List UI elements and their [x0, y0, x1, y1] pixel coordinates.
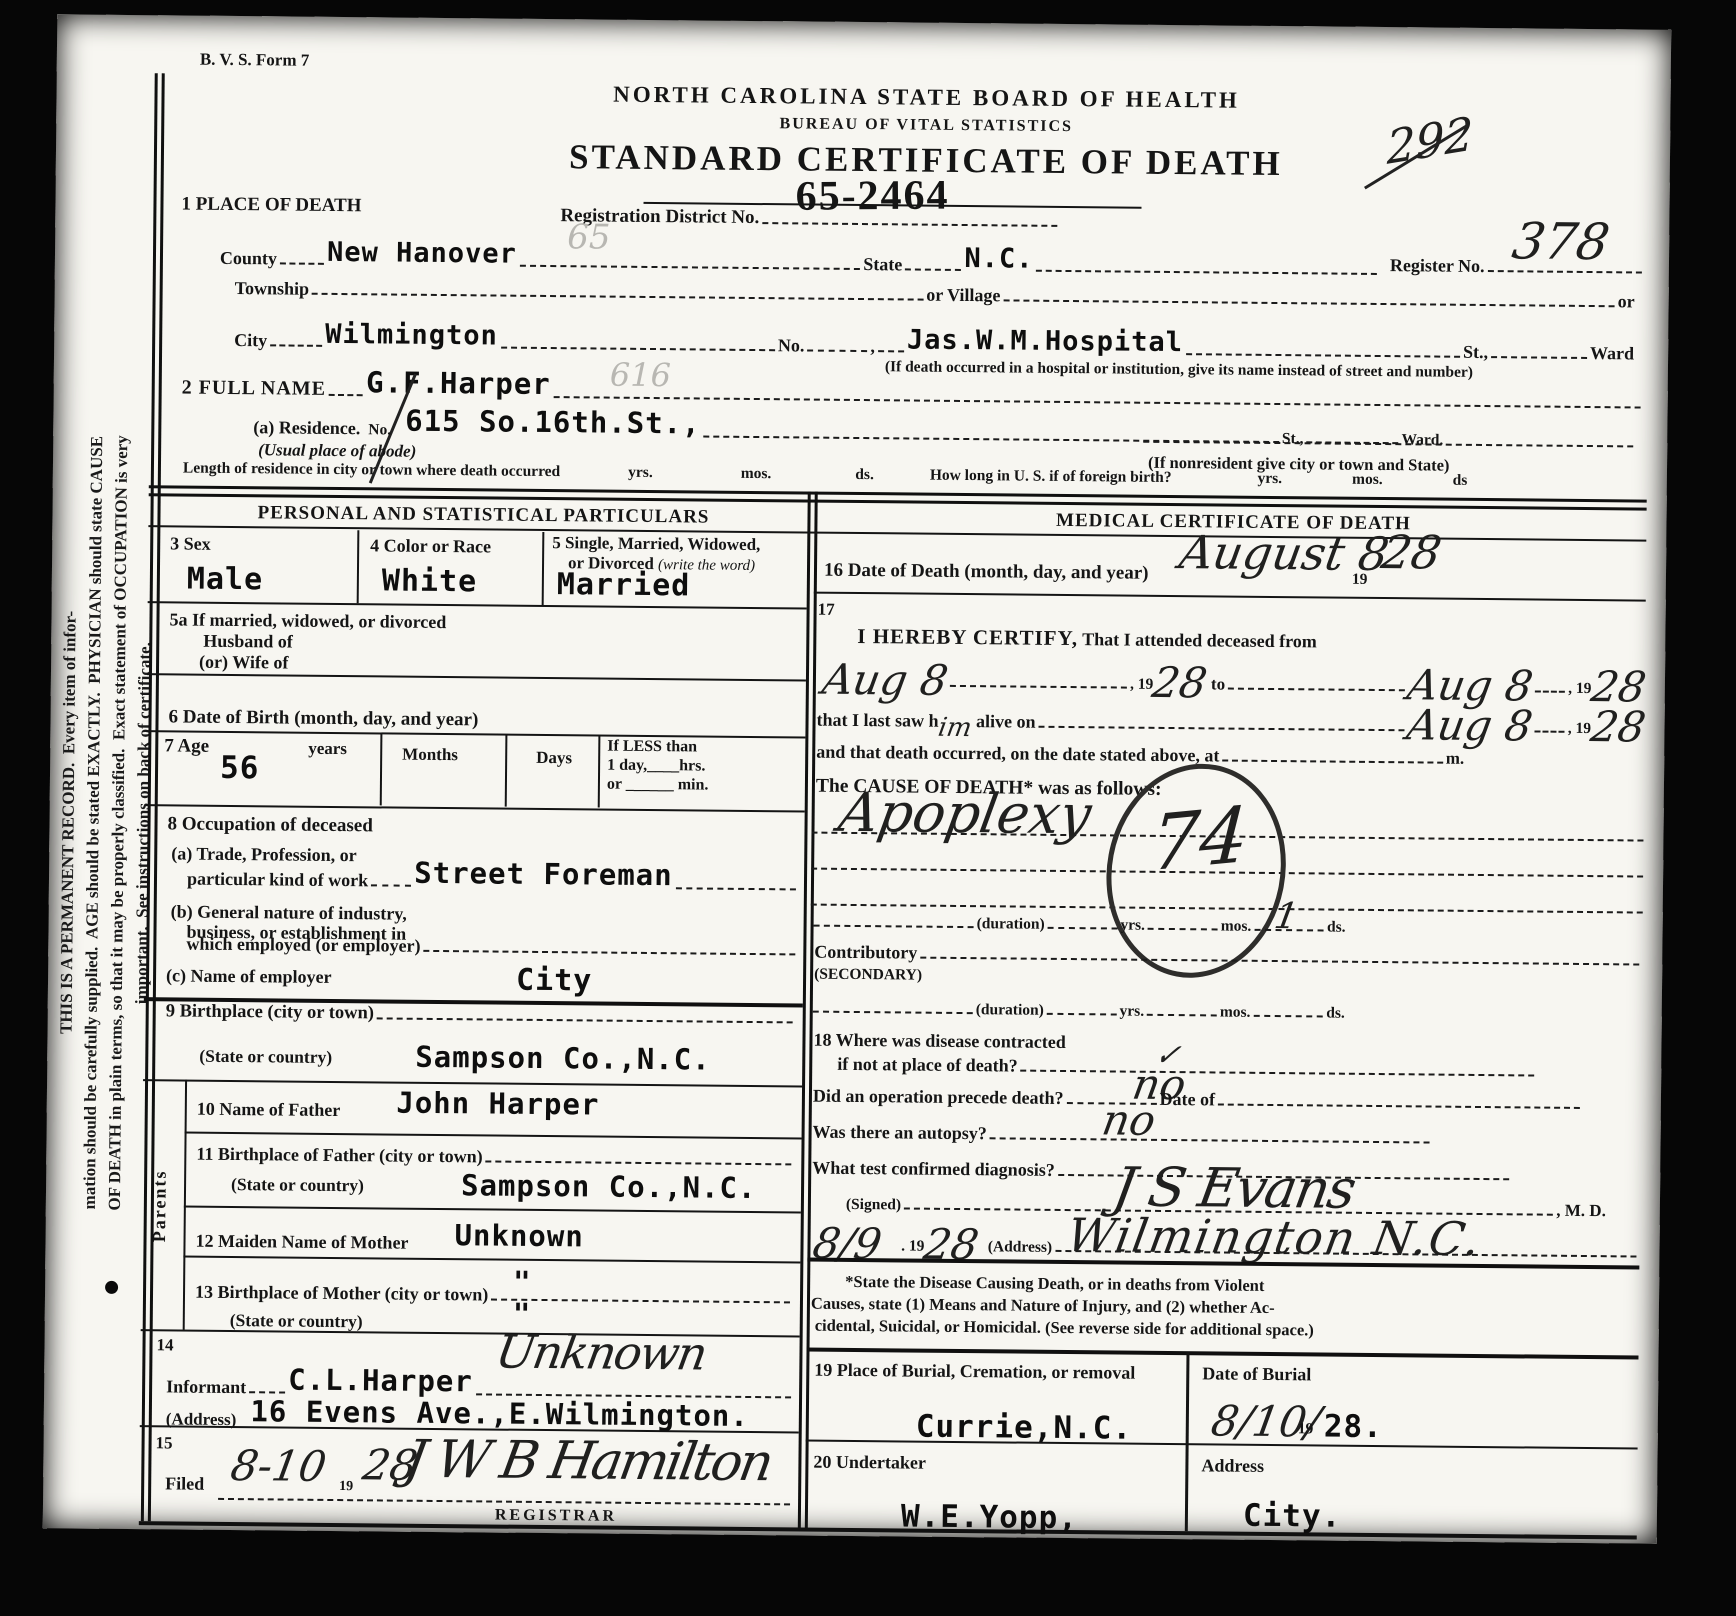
- informant-section-number: 14: [156, 1335, 173, 1355]
- duration-label: (duration): [977, 915, 1045, 934]
- comma-19: , 19: [1568, 720, 1591, 738]
- mother-bp-label: 13 Birthplace of Mother (city or town): [195, 1282, 488, 1306]
- street-no-label: No.: [778, 335, 805, 356]
- sign-year-value: 28: [921, 1227, 980, 1263]
- father-birthplace-row: 11 Birthplace of Father (city or town): [196, 1144, 794, 1171]
- yrs-label: yrs.: [628, 464, 653, 482]
- mother-bp-state-label: (State or country): [230, 1310, 363, 1332]
- residence-no-label: No.: [368, 421, 391, 439]
- dashed-line: [1535, 728, 1565, 732]
- dashed-line: [501, 345, 775, 352]
- year-printed: 19: [1352, 571, 1368, 589]
- father-label: 10 Name of Father: [197, 1099, 341, 1121]
- autopsy-label: Was there an autopsy?: [813, 1122, 987, 1145]
- less-than-label-2: 1 day,____hrs.: [607, 757, 705, 776]
- dashed-line: [807, 348, 867, 353]
- dashed-line: [905, 266, 961, 271]
- age-label: 7 Age: [164, 735, 209, 757]
- dashed-line: [1036, 268, 1377, 275]
- yrs-label: yrs.: [1120, 1003, 1145, 1021]
- dashed-line: [218, 1498, 790, 1505]
- mos-label: mos.: [1220, 1003, 1251, 1021]
- date-of-death-label: 16 Date of Death (month, day, and year): [824, 560, 1149, 585]
- cause-code-value: 74: [1150, 802, 1250, 876]
- dashed-line: [520, 263, 861, 270]
- dashed-line: [762, 220, 1057, 227]
- dashed-line: [1003, 297, 1614, 307]
- signed-label: (Signed): [846, 1196, 901, 1215]
- sign-date-value: 8/9: [811, 1226, 885, 1262]
- hospital-value: Jas.W.M.Hospital: [907, 324, 1183, 358]
- marital-label: 5 Single, Married, Widowed,: [552, 533, 760, 555]
- rule: [146, 804, 805, 812]
- page-number-stamp: 292: [1387, 114, 1474, 168]
- race-label: 4 Color or Race: [370, 535, 491, 557]
- disease-contracted-label-1: 18 Where was disease contracted: [813, 1030, 1066, 1053]
- dashed-line: [990, 1135, 1430, 1143]
- m-label: m.: [1446, 749, 1465, 769]
- ward-label: Ward: [1590, 343, 1634, 364]
- dashed-line: [1048, 925, 1118, 930]
- birthplace-label: 9 Birthplace (city or town): [166, 1001, 374, 1024]
- dashed-line: [1218, 1101, 1580, 1108]
- dashed-line: [1222, 758, 1442, 764]
- occ-b-row: which employed (or employer): [186, 934, 798, 961]
- length-left-label: Length of residence in city or town wher…: [183, 460, 560, 482]
- org-name: NORTH CAROLINA STATE BOARD OF HEALTH: [446, 80, 1406, 115]
- footnote-line-1: *State the Disease Causing Death, or in …: [845, 1272, 1264, 1296]
- burial-cell-divider: [1185, 1352, 1190, 1531]
- marital-value: Married: [557, 567, 691, 603]
- township-row: Township or Village or: [235, 278, 1635, 312]
- footnote-line-3: cidental, Suicidal, or Homicidal. (See r…: [815, 1316, 1314, 1341]
- occupation-label: 8 Occupation of deceased: [167, 813, 372, 837]
- ds-label: ds.: [1326, 1005, 1345, 1023]
- cell-divider: [505, 735, 508, 807]
- informant-value: C.L.Harper: [288, 1363, 473, 1399]
- last-saw-label-1: that I last saw h: [816, 709, 938, 731]
- rule: [146, 730, 805, 738]
- duration-row-1: (duration) yrs. mos. ds.: [811, 914, 1346, 937]
- certificate-paper: THIS IS A PERMANENT RECORD. Every item o…: [43, 14, 1671, 1543]
- comma-19: , 19: [1130, 675, 1153, 693]
- registrar-label: REGISTRAR: [495, 1507, 617, 1526]
- dashed-line: [1186, 351, 1460, 358]
- dashed-line: [1148, 926, 1218, 931]
- form-number: B. V. S. Form 7: [200, 50, 310, 71]
- register-no-row: Register No.: [1390, 255, 1645, 278]
- dashed-line: [280, 260, 324, 264]
- sex-label: 3 Sex: [170, 533, 211, 554]
- s5a-label-1: 5a If married, widowed, or divorced: [169, 609, 446, 633]
- dashed-line: [371, 882, 411, 886]
- father-bp-label: 11 Birthplace of Father (city or town): [196, 1144, 482, 1168]
- place-of-death-section-label: 1 PLACE OF DEATH: [181, 193, 361, 217]
- dashed-line: [1254, 927, 1324, 932]
- father-bp-value: Sampson Co.,N.C.: [461, 1168, 757, 1205]
- comma-19: , 19: [1568, 680, 1591, 698]
- filed-label: Filed: [165, 1473, 204, 1494]
- dashed-line: [920, 955, 1639, 966]
- age-months-label: Months: [402, 745, 458, 766]
- occ-c-label: (c) Name of employer: [166, 965, 332, 988]
- dashed-line: [249, 1389, 285, 1393]
- scanned-death-certificate: THIS IS A PERMANENT RECORD. Every item o…: [0, 0, 1736, 1616]
- less-than-label-1: If LESS than: [607, 738, 697, 757]
- mos-label: mos.: [1221, 917, 1252, 935]
- residence-value: 615 So.16th.St.,: [405, 404, 701, 441]
- mos-label: mos.: [741, 465, 772, 483]
- cell-divider: [380, 733, 383, 805]
- dashed-line: [270, 342, 322, 346]
- dashed-line: [1055, 1248, 1636, 1258]
- filed-date-value: 8-10: [228, 1448, 328, 1485]
- attended-dates-row: Aug 8 , 19 28 to Aug 8 , 19 28: [823, 662, 1645, 699]
- undertaker-value: W.E.Yopp,: [901, 1498, 1078, 1536]
- length-right-label: How long in U. S. if of foreign birth?: [930, 467, 1172, 487]
- dashed-line: [1535, 688, 1565, 692]
- footnote-line-2: Causes, state (1) Means and Nature of In…: [811, 1294, 1275, 1318]
- s5a-label-2: Husband of: [203, 631, 293, 653]
- attended-from-value: Aug 8: [820, 662, 950, 699]
- dashed-line: [377, 1015, 793, 1023]
- birthplace-value: Sampson Co.,N.C.: [415, 1040, 711, 1077]
- dashed-line: [950, 683, 1127, 689]
- filed-section-number: 15: [155, 1433, 172, 1453]
- dot-19: . 19: [901, 1237, 924, 1255]
- father-bp-state-label: (State or country): [231, 1174, 364, 1196]
- duration-label: (duration): [976, 1001, 1044, 1020]
- dashed-line: [491, 1297, 790, 1304]
- contributory-row: Contributory: [814, 942, 1642, 971]
- dashed-line: [486, 1158, 792, 1165]
- occ-b-label-3: which employed (or employer): [186, 934, 420, 957]
- mother-label: 12 Maiden Name of Mother: [195, 1231, 408, 1254]
- or-village-label: or Village: [926, 285, 1000, 307]
- ds-label: ds.: [1327, 919, 1346, 937]
- mother-birthplace-row: 13 Birthplace of Mother (city or town): [195, 1282, 793, 1309]
- burial-place-label: 19 Place of Burial, Cremation, or remova…: [814, 1360, 1135, 1384]
- sign-date-row: 8/9 . 19 28 (Address): [813, 1226, 1639, 1263]
- birthplace-state-label: (State or country): [199, 1046, 332, 1068]
- ds-label: ds: [1453, 472, 1468, 490]
- undertaker-address-value: City.: [1243, 1498, 1342, 1535]
- full-name-label: 2 FULL NAME: [182, 377, 327, 401]
- occ-c-value: City: [516, 963, 593, 999]
- dashed-line: [329, 392, 363, 396]
- dashed-line: [312, 291, 923, 301]
- attended-to-year: 28: [1588, 669, 1647, 705]
- yrs-label: yrs.: [1120, 917, 1145, 935]
- rule: [185, 1132, 802, 1140]
- st-label: St.,: [1463, 342, 1488, 363]
- heavy-rule: [807, 1348, 1639, 1360]
- mother-name-row: 12 Maiden Name of Mother Unknown: [195, 1216, 793, 1258]
- mos-label: mos.: [1352, 471, 1383, 489]
- date-of-label: Date of: [1160, 1089, 1216, 1111]
- city-value: Wilmington: [325, 319, 498, 352]
- rule: [184, 1206, 801, 1214]
- last-saw-label-2: alive on: [971, 711, 1035, 733]
- undertaker-label: 20 Undertaker: [813, 1452, 926, 1474]
- occ-a-row: particular kind of work Street Foreman: [187, 854, 799, 896]
- md-label: , M. D.: [1556, 1201, 1606, 1221]
- registration-district-row: Registration District No.: [560, 205, 1060, 232]
- certify-row: I HEREBY CERTIFY, That I attended deceas…: [857, 624, 1317, 653]
- attended-to-value: Aug 8: [1405, 667, 1535, 704]
- or-label: or: [1618, 291, 1635, 312]
- register-no-label: Register No.: [1390, 255, 1485, 277]
- test-label: What test confirmed diagnosis?: [812, 1158, 1055, 1181]
- county-label: County: [220, 248, 277, 270]
- section-17-number: 17: [818, 600, 835, 620]
- dashed-line: [813, 1009, 973, 1015]
- cell-divider: [598, 736, 601, 808]
- less-than-label-3: or ______ min.: [607, 776, 709, 795]
- comma: ,: [870, 336, 875, 357]
- operation-row: Did an operation precede death? Date of: [813, 1086, 1583, 1114]
- county-value: New Hanover: [327, 237, 517, 270]
- dashed-line: [676, 885, 796, 890]
- ds-label: ds.: [855, 466, 874, 484]
- father-name-row: 10 Name of Father John Harper: [197, 1084, 795, 1126]
- dashed-line: [878, 348, 904, 352]
- bureau-name: BUREAU OF VITAL STATISTICS: [446, 112, 1406, 139]
- attended-from-year: 28: [1150, 665, 1209, 701]
- registrar-signature: J W B Hamilton: [402, 1438, 774, 1486]
- dashed-line: [1047, 1011, 1117, 1016]
- year-printed: 19: [1298, 1420, 1314, 1438]
- yrs-label: yrs.: [1257, 470, 1282, 488]
- city-label: City: [234, 330, 267, 351]
- rule: [814, 592, 1646, 602]
- father-value: John Harper: [396, 1086, 599, 1122]
- dashed-line: [1228, 685, 1405, 691]
- dashed-line: [1039, 723, 1405, 731]
- township-label: Township: [235, 278, 310, 300]
- filed-year-printed: 19: [339, 1479, 353, 1495]
- rule: [148, 601, 807, 609]
- duration-row-2: (duration) yrs. mos. ds.: [810, 1000, 1345, 1023]
- dashed-line: [1491, 354, 1587, 359]
- dashed-line: [1488, 268, 1642, 273]
- sex-value: Male: [187, 562, 264, 598]
- contributory-label: Contributory: [814, 942, 917, 964]
- mother-value: Unknown: [454, 1218, 584, 1253]
- secondary-label: (SECONDARY): [814, 966, 922, 985]
- undertaker-address-label: Address: [1201, 1455, 1264, 1477]
- date-of-death-year: 28: [1379, 533, 1444, 573]
- burial-date-year: 28.: [1324, 1409, 1383, 1446]
- abode-note: (Usual place of abode): [258, 440, 416, 462]
- occ-a-label-2: particular kind of work: [187, 869, 368, 892]
- dashed-line: [1253, 1013, 1323, 1018]
- full-name-value: G.F.Harper: [366, 365, 551, 401]
- dashed-line: [1021, 1068, 1535, 1077]
- hole-punch-dot: [105, 1281, 118, 1294]
- cause-of-death-value: Apoplexy: [836, 790, 1095, 838]
- date-of-death-value: August 8: [1177, 533, 1391, 574]
- last-saw-value: Aug 8: [1404, 707, 1534, 744]
- cell-divider: [542, 532, 545, 605]
- dashed-line: [423, 948, 795, 956]
- residence-label: (a) Residence.: [253, 417, 360, 439]
- residence-ward-label: Ward.: [1401, 431, 1443, 449]
- last-saw-year: 28: [1588, 709, 1647, 745]
- county-row: County New Hanover State N.C.: [220, 236, 1380, 280]
- age-days-label: Days: [536, 748, 572, 768]
- parents-vertical-label: Parents: [149, 1126, 172, 1286]
- last-saw-row: that I last saw h im alive on Aug 8 , 19…: [816, 702, 1644, 739]
- s5a-label-3: (or) Wife of: [199, 652, 289, 674]
- race-value: White: [382, 563, 478, 599]
- sign-address-label: (Address): [988, 1238, 1052, 1257]
- state-value: N.C.: [964, 243, 1033, 275]
- cell-divider: [357, 530, 360, 603]
- to-label: to: [1207, 674, 1226, 694]
- occ-a-value: Street Foreman: [414, 856, 673, 892]
- age-years-label: years: [308, 739, 347, 759]
- death-occurred-label: and that death occurred, on the date sta…: [816, 742, 1219, 767]
- residence-st-label: St.,: [1282, 430, 1304, 448]
- certify-rest: That I attended deceased from: [1078, 629, 1317, 651]
- rule: [147, 673, 806, 681]
- rule: [183, 1256, 800, 1264]
- state-label: State: [863, 254, 902, 275]
- dob-label: 6 Date of Birth (month, day, and year): [168, 706, 478, 731]
- city-row: City Wilmington No. , Jas.W.M.Hospital S…: [234, 318, 1634, 364]
- age-value: 56: [220, 750, 260, 786]
- burial-date-label: Date of Burial: [1202, 1363, 1311, 1385]
- last-saw-scribble: im: [937, 716, 974, 738]
- autopsy-row: Was there an autopsy?: [813, 1122, 1433, 1149]
- dashed-line: [1147, 1012, 1217, 1017]
- form-bottom-rule: [139, 1521, 1637, 1539]
- certify-bold: I HEREBY CERTIFY,: [857, 624, 1078, 650]
- dashed-line: [814, 923, 974, 929]
- disease-contracted-label-2: if not at place of death?: [837, 1054, 1018, 1077]
- operation-label: Did an operation precede death?: [813, 1086, 1064, 1109]
